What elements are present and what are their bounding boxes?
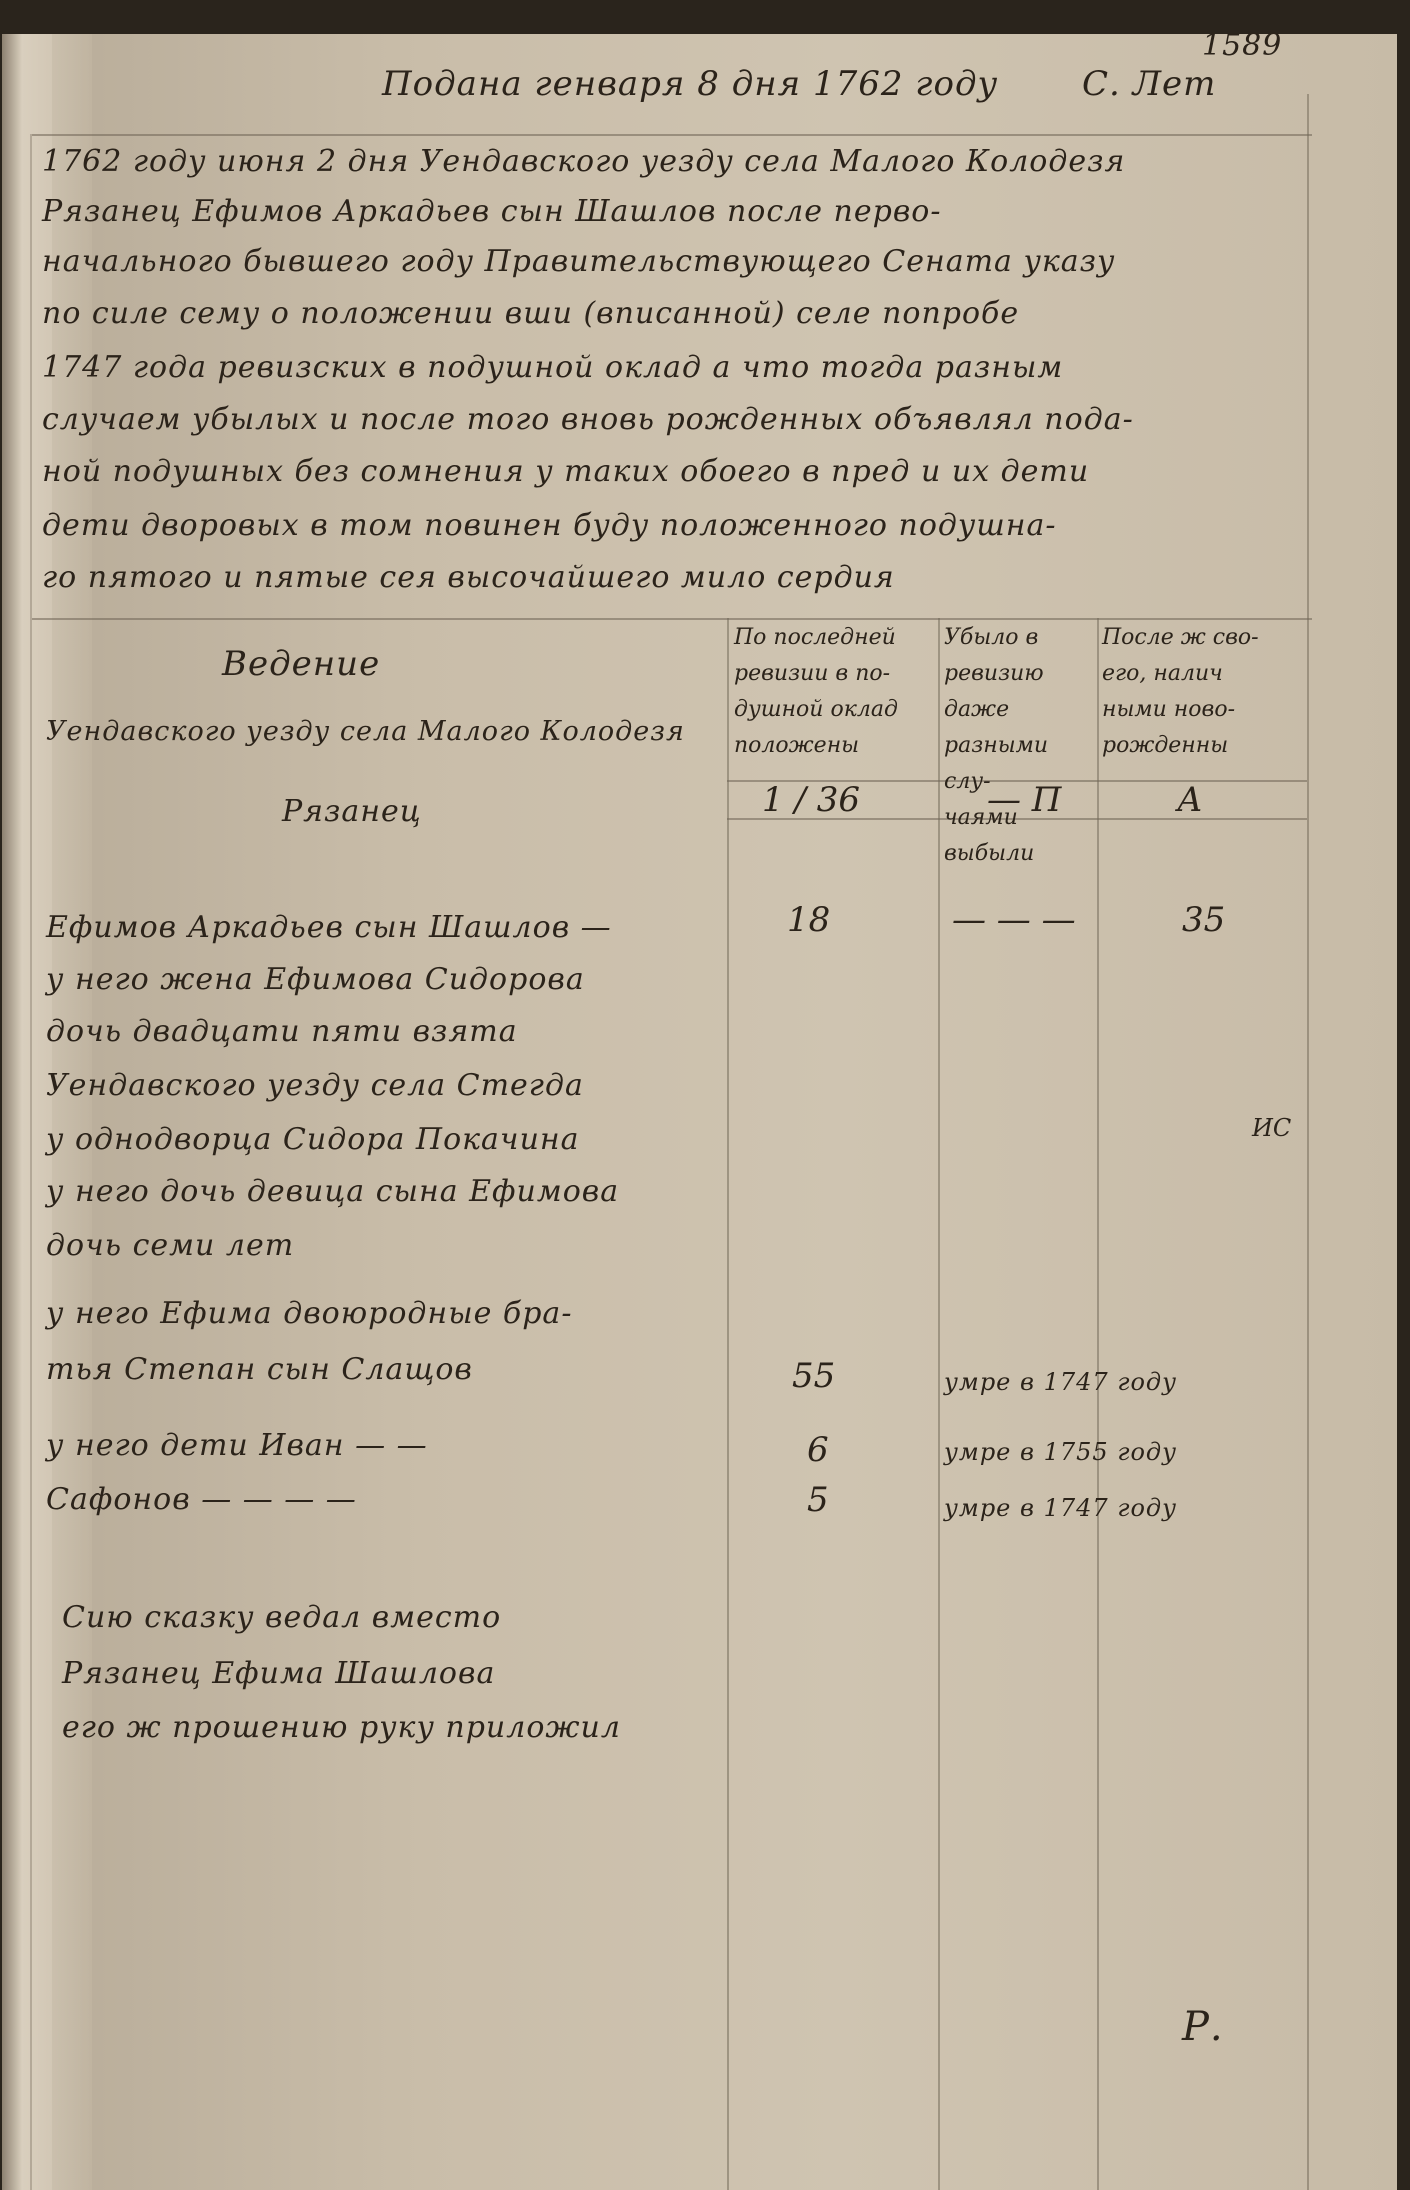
table-title: Ведение [222, 644, 380, 684]
entry-line: у однодворца Сидора Покачина [46, 1122, 580, 1157]
paper-page: Подана генваря 8 дня 1762 году С. Лет 15… [2, 34, 1397, 2190]
table-section-label: Рязанец [282, 794, 422, 829]
preamble-line: ной подушных без сомнения у таких обоего… [42, 454, 1089, 489]
preamble-line: начального бывшего году Правительствующе… [42, 244, 1115, 279]
entry-line: у него Ефима двоюродные бра- [46, 1296, 572, 1331]
value-col-3: 35 [1182, 900, 1225, 940]
section-value-2: — П [987, 780, 1061, 820]
preamble-line: го пятого и пятые сея высочайшего мило с… [42, 560, 895, 595]
value-col-1: 6 [807, 1430, 829, 1470]
right-margin-rule [1307, 94, 1309, 2190]
entry-line: дочь семи лет [46, 1228, 294, 1263]
header-line: Подана генваря 8 дня 1762 году [382, 64, 998, 104]
value-col-2: умре в 1747 году [944, 1368, 1177, 1396]
entry-line: Сафонов — — — — [46, 1482, 357, 1517]
closing-line: его ж прошению руку приложил [62, 1710, 621, 1745]
value-col-1: 55 [792, 1356, 835, 1396]
left-margin-rule [30, 134, 32, 2190]
closing-line: Сию сказку ведал вместо [62, 1600, 501, 1635]
column-rule-1 [727, 618, 729, 2190]
preamble-line: по силе сему о положении вши (вписанной)… [42, 296, 1019, 331]
entry-line: у него дети Иван — — [46, 1428, 428, 1463]
value-col-1: 18 [787, 900, 830, 940]
preamble-line: Рязанец Ефимов Аркадьев сын Шашлов после… [42, 194, 941, 229]
entry-line: дочь двадцати пяти взята [46, 1014, 518, 1049]
value-col-2: — — — [952, 900, 1076, 940]
closing-line: Рязанец Ефима Шашлова [62, 1656, 495, 1691]
entry-line: тья Степан сын Слащов [46, 1352, 473, 1387]
page-number: 1589 [1202, 28, 1282, 63]
preamble-line: 1747 года ревизских в подушной оклад а ч… [42, 350, 1063, 385]
entry-line: у него жена Ефимова Сидорова [46, 962, 585, 997]
preamble-top-rule [32, 134, 1312, 136]
column-rule-3 [1097, 618, 1099, 2190]
entry-line: у него дочь девица сына Ефимова [46, 1174, 619, 1209]
entry-line: Ефимов Аркадьев сын Шашлов — [46, 910, 612, 945]
value-col-2: умре в 1747 году [944, 1494, 1177, 1522]
column-header-3: После ж сво- его, налич ными ново- рожде… [1102, 620, 1307, 764]
preamble-line: случаем убылых и после того вновь рожден… [42, 402, 1134, 437]
preamble-line: дети дворовых в том повинен буду положен… [42, 508, 1057, 543]
value-col-1: 5 [807, 1480, 829, 1520]
column-rule-2 [938, 618, 940, 2190]
header-mark: С. Лет [1082, 64, 1216, 104]
preamble-line: 1762 году июня 2 дня Уендавского уезду с… [42, 144, 1125, 179]
document-scan: Подана генваря 8 дня 1762 году С. Лет 15… [0, 0, 1410, 2190]
signature-mark: Р. [1182, 2004, 1224, 2050]
section-value-3: А [1177, 780, 1203, 820]
column-header-1: По последней ревизии в по- душной оклад … [734, 620, 934, 764]
margin-mark: ИС [1252, 1114, 1291, 1142]
value-col-2: умре в 1755 году [944, 1438, 1177, 1466]
section-value-1: 1 / 36 [762, 780, 860, 820]
table-subtitle: Уендавского уезду села Малого Колодезя [46, 716, 685, 747]
column-header-2: Убыло в ревизию даже разными слу- чаями … [944, 620, 1094, 872]
entry-line: Уендавского уезду села Стегда [46, 1068, 584, 1103]
